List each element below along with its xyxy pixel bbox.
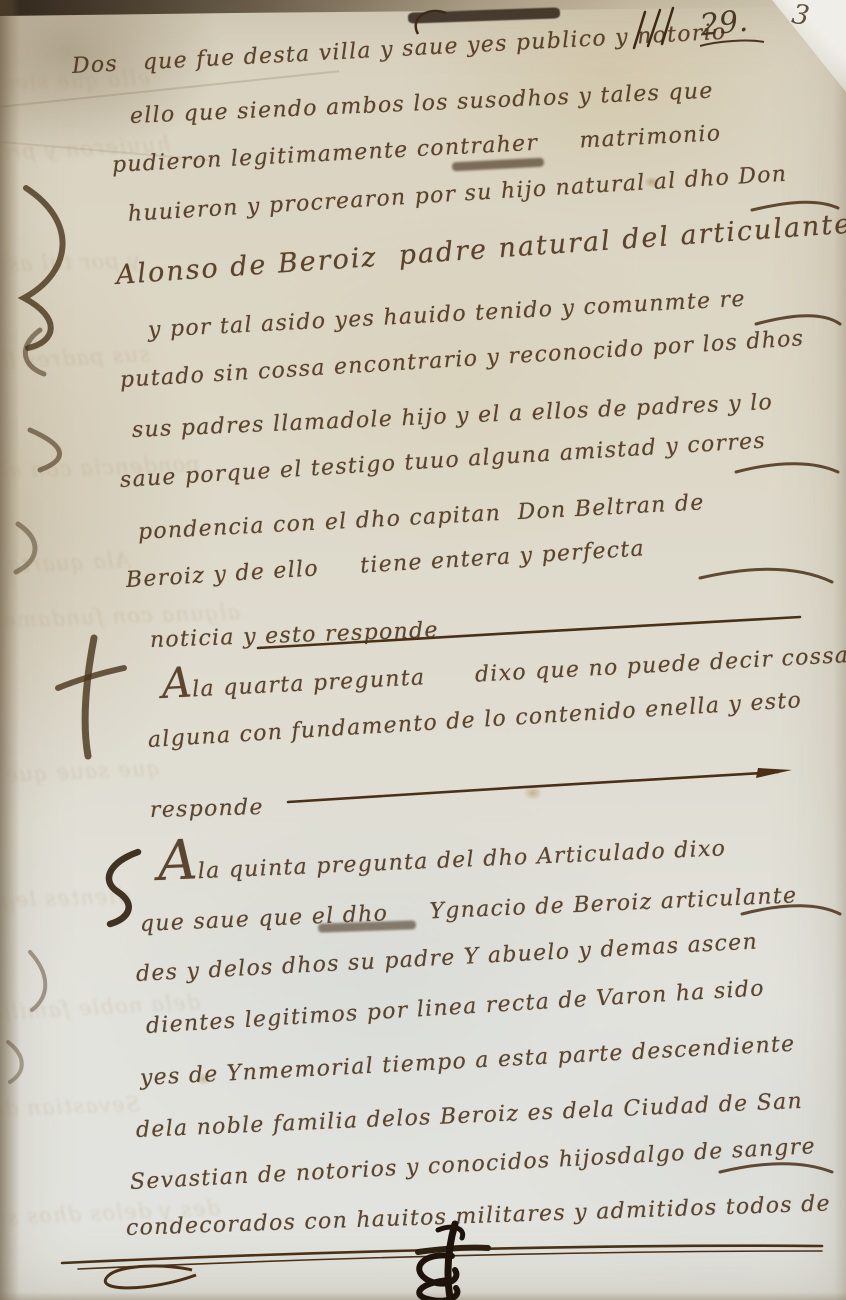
left-binding-edge	[0, 0, 20, 1300]
manuscript-scan: ello que siendo ambos los susodhos y tal…	[0, 0, 846, 1300]
bottom-page-edge	[0, 1292, 846, 1300]
text-line: responde	[150, 795, 264, 823]
